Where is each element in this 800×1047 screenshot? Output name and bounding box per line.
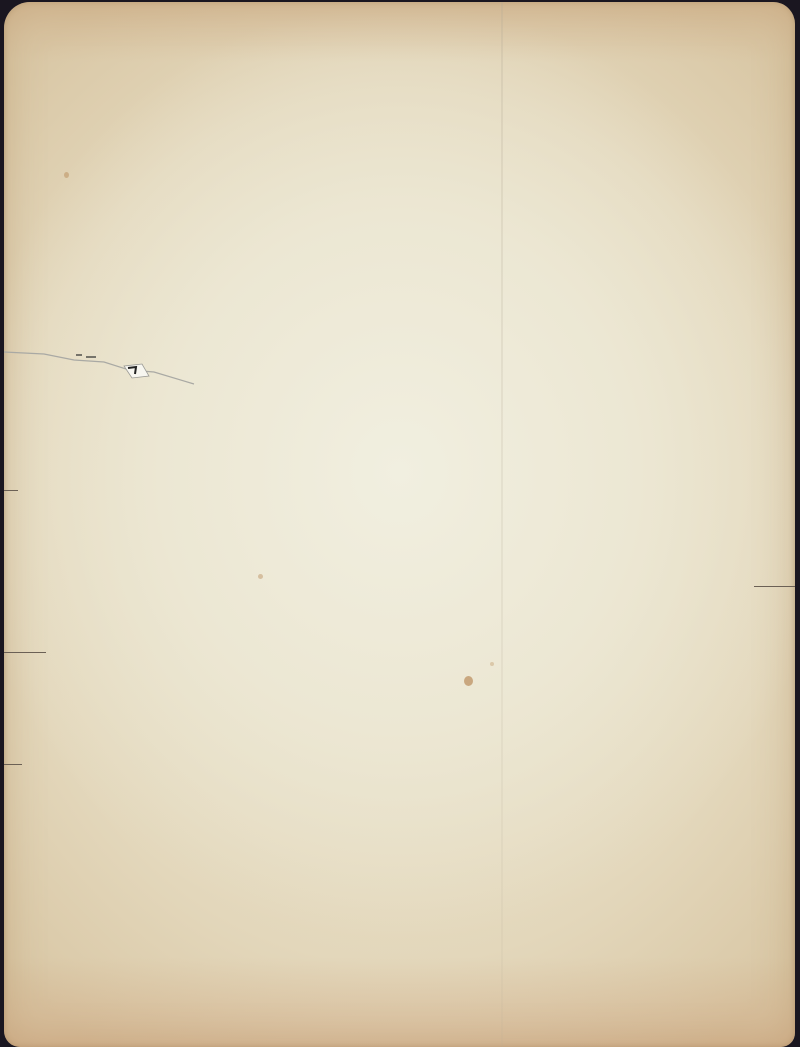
foxing-spot <box>64 172 69 178</box>
edge-nick <box>4 764 22 765</box>
paper-sheet <box>4 2 795 1047</box>
foxing-spot <box>464 676 473 686</box>
foxing-spot <box>258 574 263 579</box>
edge-nick <box>4 652 46 653</box>
edge-nick <box>4 490 18 491</box>
paper-tear <box>4 342 204 392</box>
bottom-discoloration <box>4 957 795 1047</box>
top-discoloration <box>4 2 795 62</box>
foxing-spot <box>490 662 494 666</box>
fold-crease <box>501 2 503 1047</box>
edge-nick <box>754 586 795 587</box>
